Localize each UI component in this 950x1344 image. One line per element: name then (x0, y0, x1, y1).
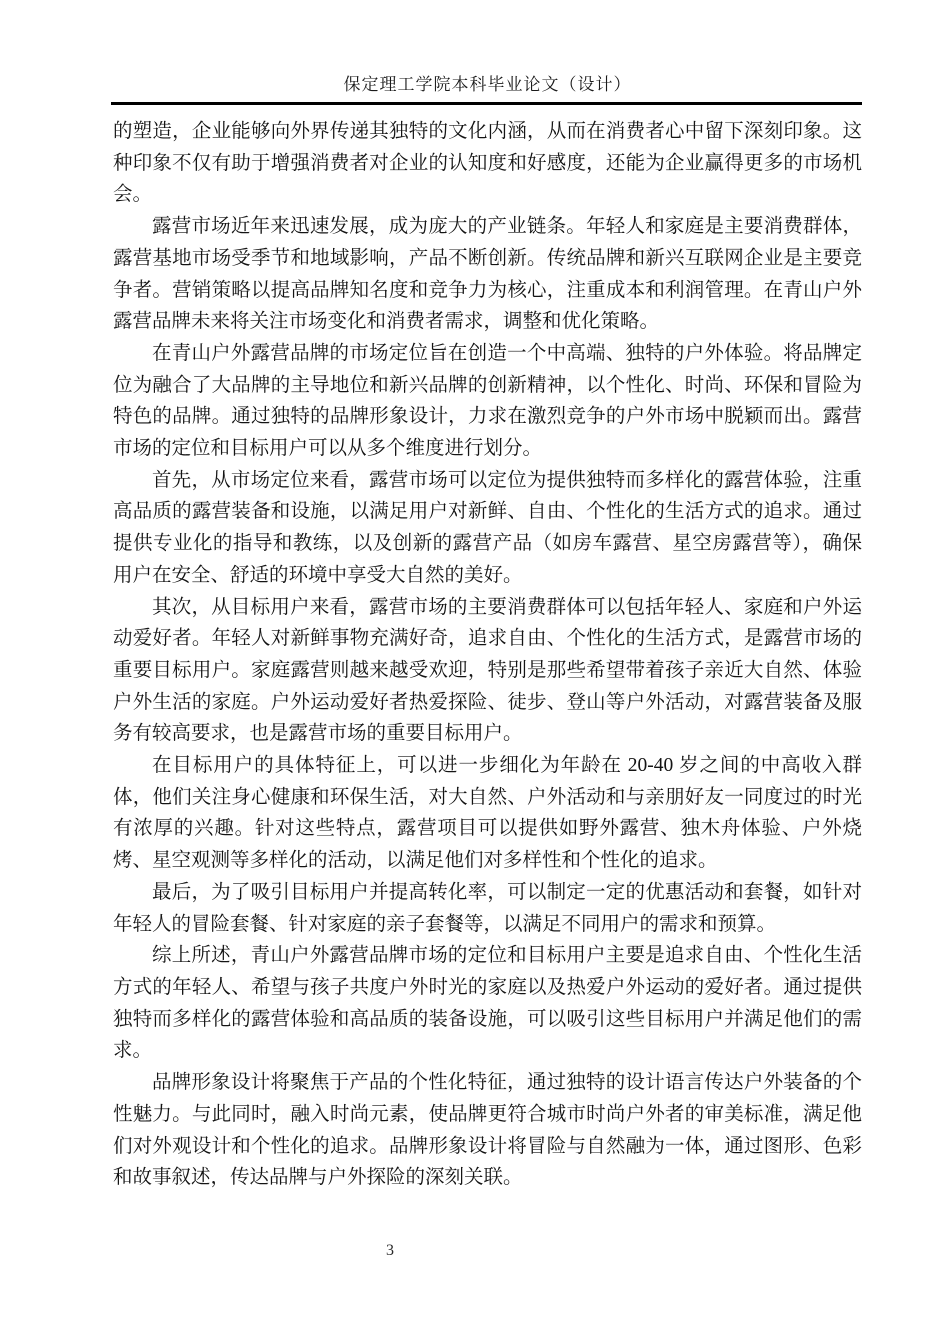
paragraph: 综上所述，青山户外露营品牌市场的定位和目标用户主要是追求自由、个性化生活方式的年… (113, 940, 862, 1067)
paragraph: 的塑造，企业能够向外界传递其独特的文化内涵，从而在消费者心中留下深刻印象。这种印… (113, 116, 862, 211)
paragraph: 品牌形象设计将聚焦于产品的个性化特征，通过独特的设计语言传达户外装备的个性魅力。… (113, 1067, 862, 1194)
paragraph: 在青山户外露营品牌的市场定位旨在创造一个中高端、独特的户外体验。将品牌定位为融合… (113, 338, 862, 465)
paragraph: 在目标用户的具体特征上，可以进一步细化为年龄在 20-40 岁之间的中高收入群体… (113, 750, 862, 877)
document-page: 保定理工学院本科毕业论文（设计） 的塑造，企业能够向外界传递其独特的文化内涵，从… (0, 0, 950, 1344)
paragraph: 最后，为了吸引目标用户并提高转化率，可以制定一定的优惠活动和套餐，如针对年轻人的… (113, 877, 862, 940)
header-rule (111, 102, 862, 105)
document-body: 的塑造，企业能够向外界传递其独特的文化内涵，从而在消费者心中留下深刻印象。这种印… (113, 116, 862, 1194)
paragraph: 露营市场近年来迅速发展，成为庞大的产业链条。年轻人和家庭是主要消费群体，露营基地… (113, 211, 862, 338)
paragraph: 其次，从目标用户来看，露营市场的主要消费群体可以包括年轻人、家庭和户外运动爱好者… (113, 592, 862, 751)
paragraph: 首先，从市场定位来看，露营市场可以定位为提供独特而多样化的露营体验，注重高品质的… (113, 465, 862, 592)
page-number: 3 (382, 1242, 398, 1260)
header-title: 保定理工学院本科毕业论文（设计） (113, 74, 862, 96)
